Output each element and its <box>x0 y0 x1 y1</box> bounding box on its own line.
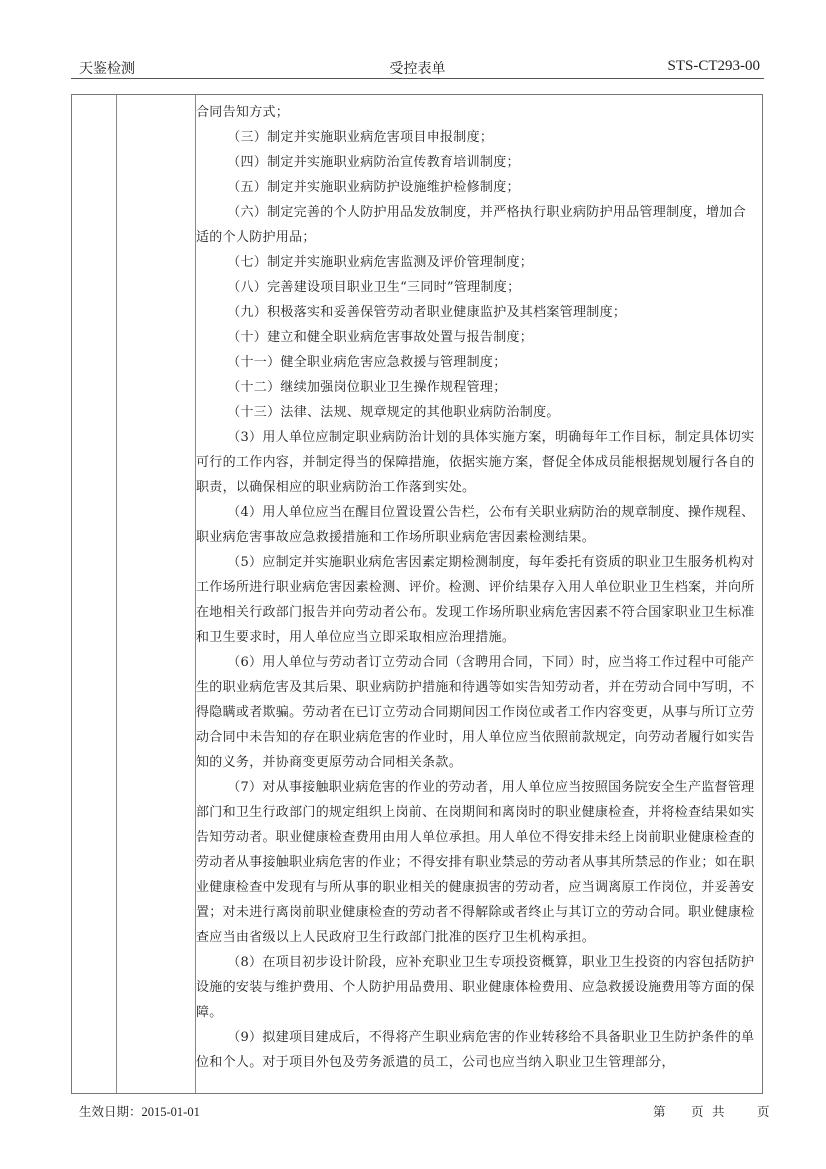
paragraph: （8）在项目初步设计阶段，应补充职业卫生专项投资概算，职业卫生投资的内容包括防护… <box>196 950 758 1025</box>
page-word: 页 <box>691 1102 704 1120</box>
paragraph: （十）建立和健全职业病危害事故处置与报告制度； <box>196 325 758 350</box>
table-column-index <box>72 95 117 1093</box>
paragraph: （十二）继续加强岗位职业卫生操作规程管理； <box>196 375 758 400</box>
paragraph: （9）拟建项目建成后，不得将产生职业病危害的作业转移给不具备职业卫生防护条件的单… <box>196 1025 758 1075</box>
paragraph: （四）制定并实施职业病防治宣传教育培训制度； <box>196 150 758 175</box>
paragraph: （六）制定完善的个人防护用品发放制度，并严格执行职业病防护用品管理制度，增加合适… <box>196 200 758 250</box>
paragraph: （十一）健全职业病危害应急救援与管理制度； <box>196 350 758 375</box>
total-word: 页 <box>757 1102 770 1120</box>
page-header: 天鉴检测 受控表单 STS-CT293-00 <box>71 58 764 79</box>
total-prefix: 共 <box>712 1102 725 1120</box>
paragraph: （八）完善建设项目职业卫生“三同时”管理制度； <box>196 275 758 300</box>
paragraph: （5）应制定并实施职业病危害因素定期检测制度，每年委托有资质的职业卫生服务机构对… <box>196 550 758 650</box>
paragraph: （七）制定并实施职业病危害监测及评价管理制度； <box>196 250 758 275</box>
paragraph: （6）用人单位与劳动者订立劳动合同（含聘用合同，下同）时，应当将工作过程中可能产… <box>196 650 758 775</box>
effective-date: 生效日期：2015-01-01 <box>79 1102 200 1120</box>
paragraph: （三）制定并实施职业病危害项目申报制度； <box>196 125 758 150</box>
form-table: 合同告知方式；（三）制定并实施职业病危害项目申报制度；（四）制定并实施职业病防治… <box>71 94 763 1094</box>
effective-date-value: 2015-01-01 <box>142 1105 200 1119</box>
document-code: STS-CT293-00 <box>667 58 760 75</box>
paragraph: 合同告知方式； <box>196 100 758 125</box>
paragraph: （十三）法律、法规、规章规定的其他职业病防治制度。 <box>196 400 758 425</box>
paragraph: （4）用人单位应当在醒目位置设置公告栏，公布有关职业病防治的规章制度、操作规程、… <box>196 500 758 550</box>
document-title: 受控表单 <box>71 58 764 78</box>
paragraph: （五）制定并实施职业病防护设施维护检修制度； <box>196 175 758 200</box>
table-content-cell: 合同告知方式；（三）制定并实施职业病危害项目申报制度；（四）制定并实施职业病防治… <box>196 100 758 1075</box>
paragraph: （3）用人单位应制定职业病防治计划的具体实施方案，明确每年工作目标，制定具体切实… <box>196 425 758 500</box>
page-footer: 生效日期：2015-01-01 第 页 共 页 <box>71 1102 764 1122</box>
table-column-category <box>116 95 196 1093</box>
paragraph: （7）对从事接触职业病危害的作业的劳动者，用人单位应当按照国务院安全生产监督管理… <box>196 775 758 950</box>
effective-date-label: 生效日期： <box>79 1104 142 1119</box>
page-prefix: 第 <box>653 1102 666 1120</box>
paragraph: （九）积极落实和妥善保管劳动者职业健康监护及其档案管理制度； <box>196 300 758 325</box>
